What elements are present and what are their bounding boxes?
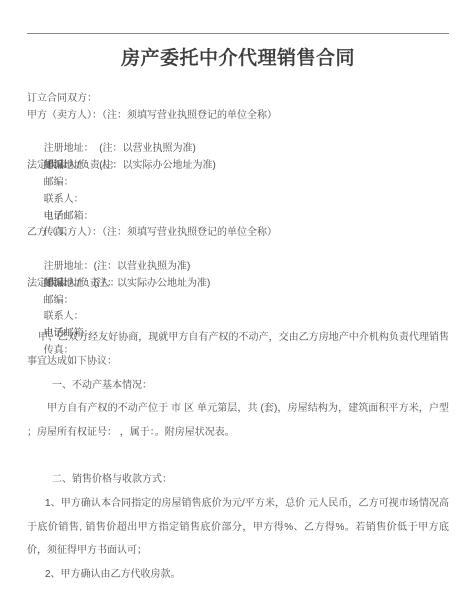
section-2-item-1: 1、甲方确认本合同指定的房屋销售底价为元/平方米，总价 元人民币，乙方可视市场情… — [27, 492, 449, 563]
party-a-contact: 联系人： — [44, 192, 224, 209]
party-b-contact-line: 联系人： 电话： — [27, 293, 449, 310]
party-b-legal-rep: 法定代表人/负责人： — [27, 276, 449, 293]
party-b-reg-line: 注册地址：(注：以营业执照为准) 邮编： — [27, 242, 449, 259]
document-title: 房产委托中介代理销售合同 — [0, 0, 476, 71]
party-a-reg-line: 注册地址： (注：以营业执照为准) 邮编： — [27, 125, 449, 142]
party-b-contact: 联系人： — [44, 309, 224, 326]
section-1-text: 甲方自有产权的不动产位于 市 区 单元第层，共 (套)，房屋结构为，建筑面积平方… — [27, 397, 449, 444]
header-rule — [27, 33, 449, 34]
section-1-heading: 一、不动产基本情况： — [27, 374, 449, 398]
section-2-heading: 二、销售价格与收款方式： — [27, 468, 449, 492]
intro-line: 订立合同双方： — [27, 91, 449, 108]
parties-block: 订立合同双方： 甲方（卖方人）：（注：须填写营业执照登记的单位全称） 注册地址：… — [27, 91, 449, 326]
preamble-paragraph: 甲、乙双方经友好协商，现就甲方自有产权的不动产，交由乙方房地产中介机构负责代理销… — [27, 326, 449, 373]
party-b-mail-postcode: 邮编： — [44, 293, 74, 310]
party-a-legal-rep: 法定代表人/负责人： — [27, 158, 449, 175]
party-b-reg-address: 注册地址：(注：以营业执照为准) — [44, 259, 217, 276]
party-a-email: 电子邮箱： — [44, 209, 224, 226]
party-a-contact-line: 联系人： 电话： — [27, 175, 449, 192]
section-2-item-2: 2、甲方确认由乙方代收房款。 — [27, 563, 449, 587]
contract-body: 甲、乙双方经友好协商，现就甲方自有产权的不动产，交由乙方房地产中介机构负责代理销… — [27, 326, 449, 587]
document-page: 房产委托中介代理销售合同 订立合同双方： 甲方（卖方人）：（注：须填写营业执照登… — [0, 0, 476, 616]
party-a-mail-postcode: 邮编： — [44, 175, 74, 192]
party-b-heading: 乙方（买方人）：（注：须填写营业执照登记的单位全称） — [27, 225, 449, 242]
party-a-heading: 甲方（卖方人）：（注：须填写营业执照登记的单位全称） — [27, 108, 449, 125]
party-a-reg-address: 注册地址： (注：以营业执照为准) — [44, 141, 217, 158]
